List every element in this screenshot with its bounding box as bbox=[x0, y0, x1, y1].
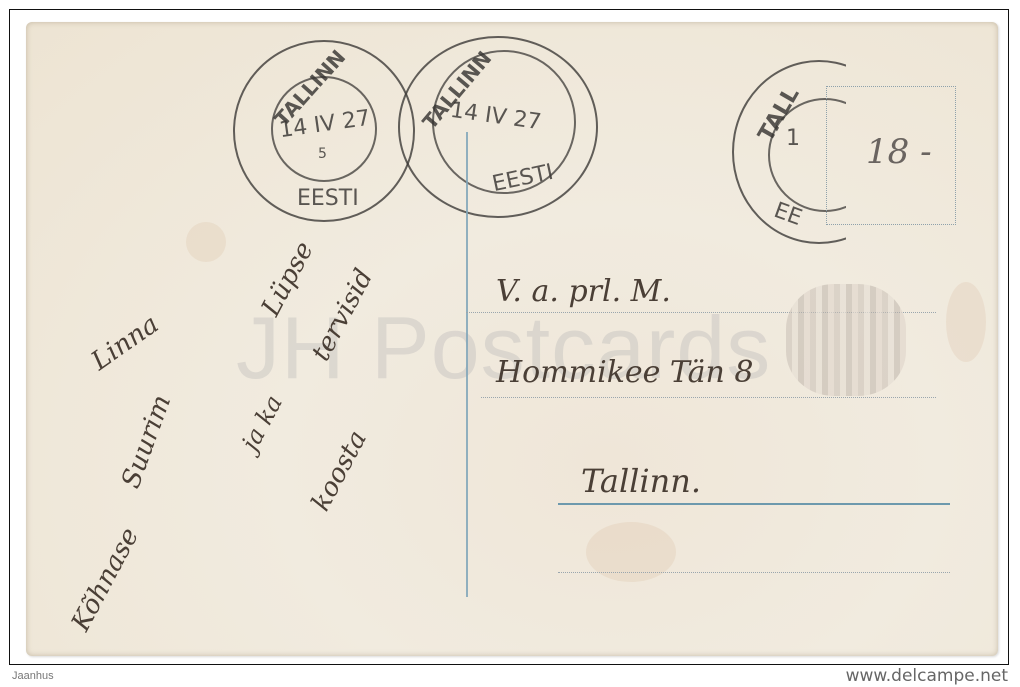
message-line: Kõhnase bbox=[66, 523, 145, 636]
postcard: JH Postcards TALLINN 14 IV 27 5 EESTI TA… bbox=[26, 22, 998, 656]
pencil-price-note: 18 - bbox=[866, 132, 932, 172]
address-divider bbox=[466, 132, 468, 597]
address-line bbox=[481, 397, 936, 398]
address-line bbox=[558, 572, 950, 573]
postmark-1: TALLINN 14 IV 27 5 EESTI bbox=[233, 40, 415, 222]
address-line-underline bbox=[558, 503, 950, 505]
message-line: ja ka bbox=[236, 391, 288, 456]
image-frame: JH Postcards TALLINN 14 IV 27 5 EESTI TA… bbox=[9, 9, 1009, 665]
message-line: Suurim bbox=[116, 391, 177, 492]
address-line-3: Tallinn. bbox=[581, 462, 701, 500]
message-line: koosta bbox=[306, 426, 373, 516]
redacted-area bbox=[786, 284, 906, 396]
site-watermark: www.delcampe.net bbox=[846, 666, 1008, 686]
message-line: Linna bbox=[86, 309, 164, 376]
address-line-1: V. a. prl. M. bbox=[496, 274, 671, 309]
address-line-2: Hommikee Tän 8 bbox=[496, 355, 753, 390]
stain bbox=[186, 222, 226, 262]
postmark-2: TALLINN 14 IV 27 EESTI bbox=[398, 36, 598, 218]
stain bbox=[946, 282, 986, 362]
stain bbox=[586, 522, 676, 582]
seller-name: Jaanhus bbox=[12, 670, 54, 682]
